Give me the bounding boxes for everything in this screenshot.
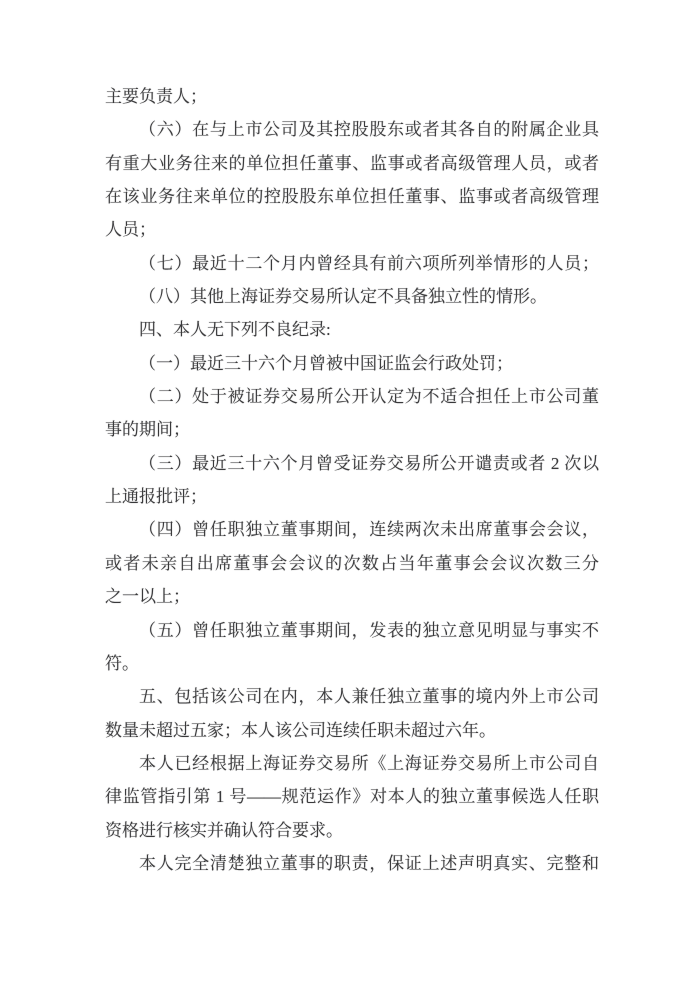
document-page: 主要负责人；（六）在与上市公司及其控股股东或者其各自的附属企业具有重大业务往来的… — [0, 0, 700, 989]
document-text-block: 主要负责人；（六）在与上市公司及其控股股东或者其各自的附属企业具有重大业务往来的… — [105, 80, 599, 880]
text-line: 资格进行核实并确认符合要求。 — [105, 814, 599, 847]
text-line: （八）其他上海证券交易所认定不具备独立性的情形。 — [105, 280, 599, 313]
text-line: 律监管指引第 1 号——规范运作》对本人的独立董事候选人任职 — [105, 780, 599, 813]
text-line: （三）最近三十六个月曾受证券交易所公开谴责或者 2 次以 — [105, 447, 599, 480]
text-line: （一）最近三十六个月曾被中国证监会行政处罚； — [105, 347, 599, 380]
text-line: 符。 — [105, 647, 599, 680]
text-line: 事的期间； — [105, 413, 599, 446]
text-line: 五、包括该公司在内，本人兼任独立董事的境内外上市公司 — [105, 680, 599, 713]
text-line: （四）曾任职独立董事期间，连续两次未出席董事会会议， — [105, 513, 599, 546]
text-line: （二）处于被证券交易所公开认定为不适合担任上市公司董 — [105, 380, 599, 413]
text-line: 之一以上； — [105, 580, 599, 613]
text-line: （六）在与上市公司及其控股股东或者其各自的附属企业具 — [105, 113, 599, 146]
text-line: 人员； — [105, 213, 599, 246]
text-line: 主要负责人； — [105, 80, 599, 113]
text-line: 数量未超过五家；本人该公司连续任职未超过六年。 — [105, 714, 599, 747]
text-line: 四、本人无下列不良纪录: — [105, 313, 599, 346]
text-line: 有重大业务往来的单位担任董事、监事或者高级管理人员，或者 — [105, 147, 599, 180]
text-line: （七）最近十二个月内曾经具有前六项所列举情形的人员； — [105, 247, 599, 280]
text-line: 上通报批评； — [105, 480, 599, 513]
text-line: 或者未亲自出席董事会会议的次数占当年董事会会议次数三分 — [105, 547, 599, 580]
screenshot-viewport: 主要负责人；（六）在与上市公司及其控股股东或者其各自的附属企业具有重大业务往来的… — [0, 0, 700, 989]
text-line: 在该业务往来单位的控股股东单位担任董事、监事或者高级管理 — [105, 180, 599, 213]
text-line: （五）曾任职独立董事期间，发表的独立意见明显与事实不 — [105, 614, 599, 647]
text-line: 本人完全清楚独立董事的职责，保证上述声明真实、完整和 — [105, 847, 599, 880]
text-line: 本人已经根据上海证券交易所《上海证券交易所上市公司自 — [105, 747, 599, 780]
